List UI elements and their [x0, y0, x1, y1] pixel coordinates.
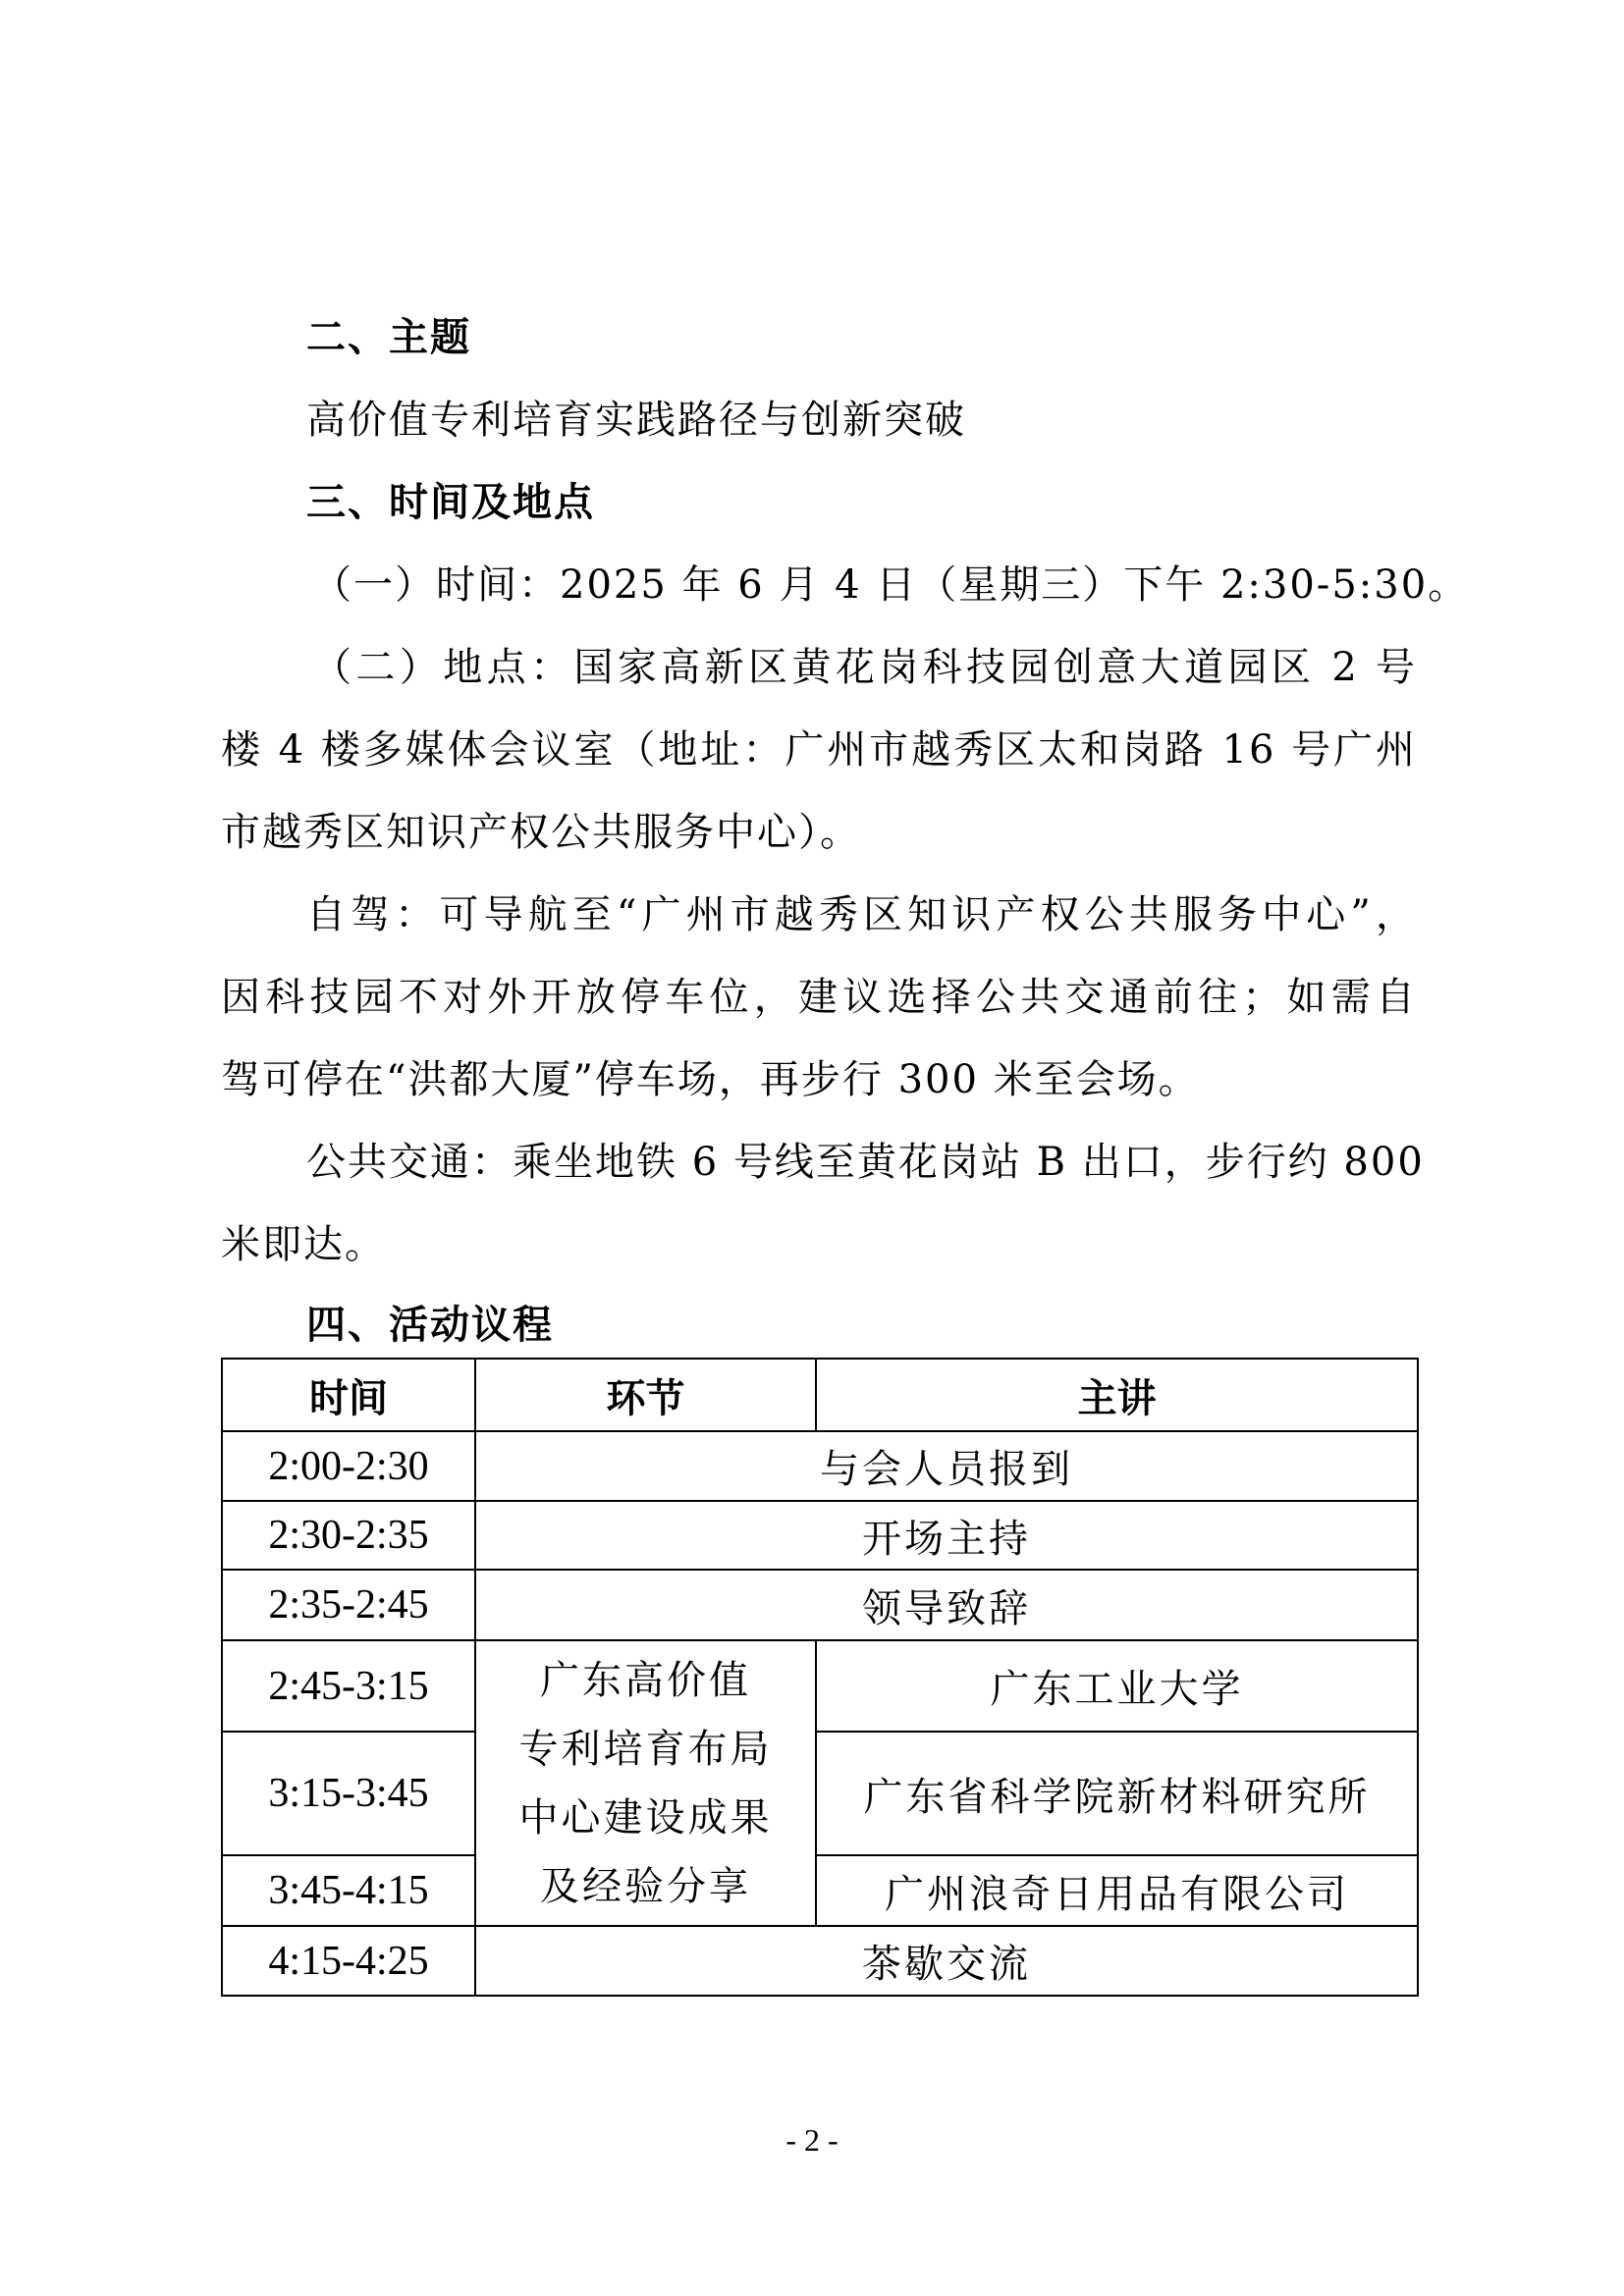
table-row: 4:15-4:25 茶歇交流: [222, 1926, 1418, 1996]
merged-section-line: 专利培育布局: [476, 1715, 815, 1784]
cell-time: 2:30-2:35: [222, 1501, 475, 1570]
transit-line-2: 米即达。: [221, 1217, 1417, 1272]
merged-section-line: 中心建设成果: [476, 1784, 815, 1852]
heading-agenda: 四、活动议程: [306, 1298, 1417, 1353]
theme-text: 高价值专利培育实践路径与创新突破: [306, 393, 1417, 448]
table-row: 2:45-3:15 广东高价值 专利培育布局 中心建设成果 及经验分享 广东工业…: [222, 1640, 1418, 1732]
table-row: 2:30-2:35 开场主持: [222, 1501, 1418, 1570]
cell-time: 3:45-4:15: [222, 1855, 475, 1926]
cell-time: 4:15-4:25: [222, 1926, 475, 1996]
table-row: 2:00-2:30 与会人员报到: [222, 1431, 1418, 1501]
heading-time-place: 三、时间及地点: [306, 475, 1417, 530]
column-header-time: 时间: [222, 1359, 475, 1431]
cell-speaker: 广东工业大学: [816, 1640, 1418, 1732]
cell-item: 领导致辞: [475, 1570, 1418, 1640]
table-row: 3:15-3:45 广东省科学院新材料研究所: [222, 1732, 1418, 1855]
table-row: 3:45-4:15 广州浪奇日用品有限公司: [222, 1855, 1418, 1926]
cell-speaker: 广东省科学院新材料研究所: [816, 1732, 1418, 1855]
place-line-1: （二）地点：国家高新区黄花岗科技园创意大道园区 2 号: [312, 640, 1417, 695]
table-row: 2:35-2:45 领导致辞: [222, 1570, 1418, 1640]
cell-merged-section: 广东高价值 专利培育布局 中心建设成果 及经验分享: [475, 1640, 816, 1926]
cell-time: 3:15-3:45: [222, 1732, 475, 1855]
column-header-item: 环节: [475, 1359, 816, 1431]
merged-section-line: 及经验分享: [476, 1852, 815, 1921]
place-line-2: 楼 4 楼多媒体会议室（地址：广州市越秀区太和岗路 16 号广州: [221, 722, 1417, 777]
agenda-table: 时间 环节 主讲 2:00-2:30 与会人员报到 2:30-2:35 开场主持…: [221, 1358, 1419, 1997]
cell-time: 2:35-2:45: [222, 1570, 475, 1640]
heading-theme: 二、主题: [306, 310, 1417, 365]
merged-section-line: 广东高价值: [476, 1646, 815, 1715]
column-header-speaker: 主讲: [816, 1359, 1418, 1431]
table-header-row: 时间 环节 主讲: [222, 1359, 1418, 1431]
drive-line-2: 因科技园不对外开放停车位，建议选择公共交通前往；如需自: [221, 970, 1417, 1025]
cell-time: 2:00-2:30: [222, 1431, 475, 1501]
place-line-3: 市越秀区知识产权公共服务中心）。: [221, 805, 1417, 860]
transit-line-1: 公共交通：乘坐地铁 6 号线至黄花岗站 B 出口，步行约 800: [306, 1135, 1417, 1190]
cell-speaker: 广州浪奇日用品有限公司: [816, 1855, 1418, 1926]
cell-item: 开场主持: [475, 1501, 1418, 1570]
drive-line-1: 自驾：可导航至“广州市越秀区知识产权公共服务中心”，: [306, 887, 1417, 942]
cell-item: 茶歇交流: [475, 1926, 1418, 1996]
cell-time: 2:45-3:15: [222, 1640, 475, 1732]
time-line: （一）时间：2025 年 6 月 4 日（星期三）下午 2:30-5:30。: [312, 558, 1417, 613]
page-number: - 2 -: [0, 2122, 1624, 2159]
cell-item: 与会人员报到: [475, 1431, 1418, 1501]
drive-line-3: 驾可停在“洪都大厦”停车场，再步行 300 米至会场。: [221, 1052, 1417, 1107]
